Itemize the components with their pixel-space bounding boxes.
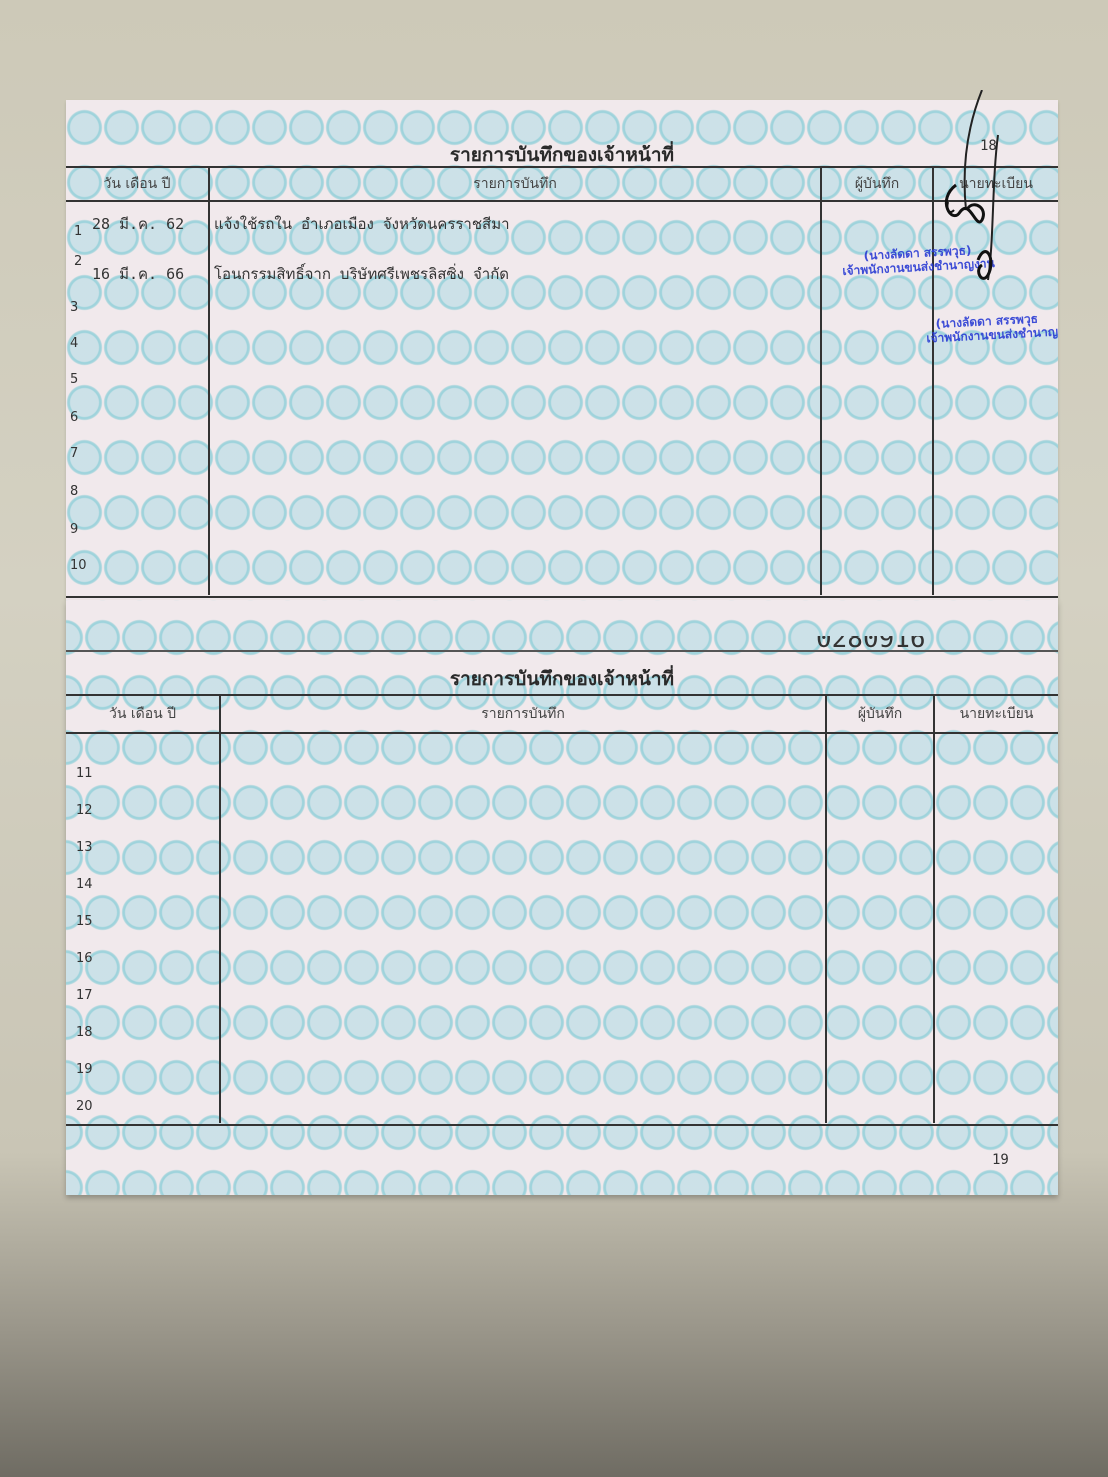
signature-icon [926,90,1056,310]
page-title: รายการบันทึกของเจ้าหน้าที่ [66,664,1058,694]
row-number: 20 [76,1099,93,1114]
column-header-recorder: ผู้บันทึก [826,695,934,733]
entry-column [220,733,826,1123]
row-number: 6 [70,410,78,425]
table-bottom-rule [66,1124,1058,1126]
recorder-column [826,733,934,1123]
record-page-19: 0280916 รายการบันทึกของเจ้าหน้าที่ วัน เ… [66,600,1058,1195]
row-number: 9 [70,522,78,537]
record-table: วัน เดือน ปี รายการบันทึก ผู้บันทึก นายท… [66,166,1058,595]
row-number: 11 [76,766,93,781]
column-header-entry: รายการบันทึก [220,695,826,733]
date-column: 11 12 13 14 15 16 17 18 19 20 [66,733,220,1123]
row-number: 17 [76,988,93,1003]
row-number: 19 [76,1062,93,1077]
row-number: 12 [76,803,93,818]
column-header-date: วัน เดือน ปี [66,167,209,201]
row-number: 5 [70,372,78,387]
table-row: 2 16 มี.ค. 66 [70,252,208,289]
row-number: 15 [76,914,93,929]
column-header-registrar: นายทะเบียน [934,695,1058,733]
row-number: 13 [76,840,93,855]
column-header-date: วัน เดือน ปี [66,695,220,733]
row-number: 3 [70,300,78,315]
row-number: 8 [70,484,78,499]
row-entry: โอนกรรมสิทธิ์จาก บริษัทศรีเพชรลิสซิ่ง จำ… [214,262,509,286]
fold-line [66,650,1058,652]
registrar-column [934,733,1058,1123]
row-number: 16 [76,951,93,966]
row-number: 7 [70,446,78,461]
record-page-18: รายการบันทึกของเจ้าหน้าที่ 18 วัน เดือน … [66,100,1058,600]
entry-column: แจ้งใช้รถใน อำเภอเมือง จังหวัดนครราชสีมา… [209,201,821,595]
row-number: 18 [76,1025,93,1040]
row-date: 16 มี.ค. 66 [92,262,184,286]
column-header-recorder: ผู้บันทึก [821,167,933,201]
row-number: 10 [70,558,87,573]
row-date: 28 มี.ค. 62 [92,212,184,236]
row-number: 4 [70,336,78,351]
page-number: 19 [992,1152,1009,1168]
row-entry: แจ้งใช้รถใน อำเภอเมือง จังหวัดนครราชสีมา [214,212,510,236]
table-bottom-rule [66,596,1058,598]
date-column: 1 28 มี.ค. 62 2 16 มี.ค. 66 3 4 5 6 7 8 … [66,201,209,595]
record-table: วัน เดือน ปี รายการบันทึก ผู้บันทึก นายท… [66,694,1058,1123]
column-header-entry: รายการบันทึก [209,167,821,201]
row-number: 14 [76,877,93,892]
table-row: 1 28 มี.ค. 62 [70,210,208,247]
